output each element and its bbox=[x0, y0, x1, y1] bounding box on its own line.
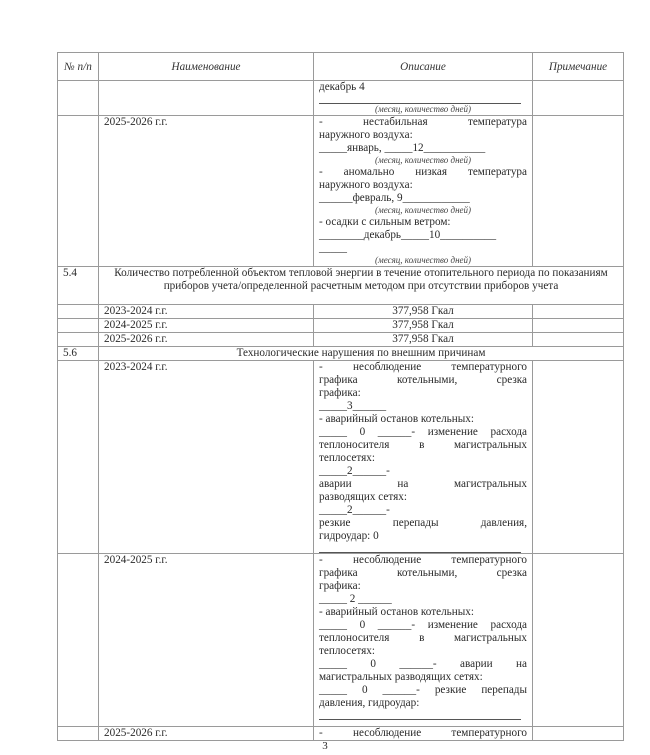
fill-line bbox=[319, 710, 521, 720]
tech-description: - несоблюдение температурного графика ко… bbox=[314, 361, 533, 554]
table-header-row: № п/п Наименование Описание Примечание bbox=[58, 53, 624, 81]
fill-line bbox=[319, 543, 521, 553]
table-row: 2025-2026 г.г. - нестабильная температур… bbox=[58, 116, 624, 267]
data-table: № п/п Наименование Описание Примечание д… bbox=[57, 52, 624, 741]
page-number: 3 bbox=[0, 740, 650, 752]
table-row: декабрь 4 (месяц, количество дней) bbox=[58, 81, 624, 116]
weather-description: - нестабильная температура наружного воз… bbox=[314, 116, 533, 267]
tech-description: - несоблюдение температурного графика ко… bbox=[314, 554, 533, 727]
section-title: Технологические нарушения по внешним при… bbox=[99, 347, 624, 361]
table-row: 2023-2024 г.г. 377,958 Гкал bbox=[58, 305, 624, 319]
table-row: 2025-2026 г.г. 377,958 Гкал bbox=[58, 333, 624, 347]
fill-line bbox=[319, 94, 521, 104]
section-title: Количество потребленной объектом теплово… bbox=[99, 267, 624, 305]
header-name: Наименование bbox=[99, 53, 314, 81]
table-row: 2024-2025 г.г. 377,958 Гкал bbox=[58, 319, 624, 333]
header-desc: Описание bbox=[314, 53, 533, 81]
header-note: Примечание bbox=[533, 53, 624, 81]
section-number: 5.6 bbox=[58, 347, 99, 361]
header-num: № п/п bbox=[58, 53, 99, 81]
continued-description: декабрь 4 (месяц, количество дней) bbox=[314, 81, 533, 116]
table-row: 2025-2026 г.г. - несоблюдение температур… bbox=[58, 727, 624, 741]
table-row: 2023-2024 г.г. - несоблюдение температур… bbox=[58, 361, 624, 554]
section-row-5-6: 5.6 Технологические нарушения по внешним… bbox=[58, 347, 624, 361]
period-cell: 2025-2026 г.г. bbox=[99, 116, 314, 267]
section-number: 5.4 bbox=[58, 267, 99, 305]
table-row: 2024-2025 г.г. - несоблюдение температур… bbox=[58, 554, 624, 727]
section-row-5-4: 5.4 Количество потребленной объектом теп… bbox=[58, 267, 624, 305]
document-page: № п/п Наименование Описание Примечание д… bbox=[0, 0, 650, 755]
